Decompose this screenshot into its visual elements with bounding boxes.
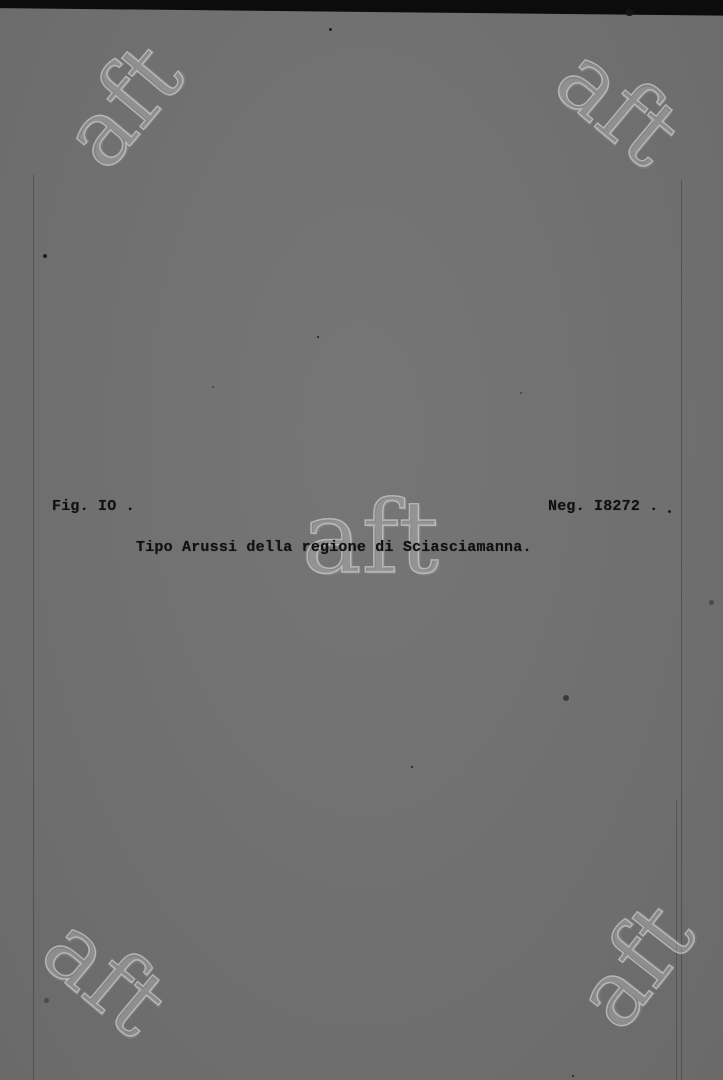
scanned-card: aft aft aft aft aft Fig. IO . Neg. I8272… [0,0,723,1080]
dust-speck [572,1075,574,1077]
dust-speck [212,386,214,388]
dust-speck [709,600,714,605]
figure-number: Fig. IO . [52,498,135,515]
dust-speck [520,392,522,394]
card-left-edge [33,175,34,1080]
dust-speck [44,998,49,1003]
dust-speck [563,695,569,701]
aft-watermark-center: aft [302,488,439,588]
dust-speck [317,336,319,338]
negative-number: Neg. I8272 . [548,498,658,515]
aft-watermark-top-right: aft [540,30,696,181]
aft-watermark-bottom-right: aft [560,888,710,1044]
aft-watermark-bottom-left: aft [27,900,183,1051]
dust-mark [625,9,634,16]
dust-speck [411,766,413,768]
figure-caption: Tipo Arussi della regione di Sciasciaman… [136,539,532,556]
scan-top-border [0,0,723,16]
dust-speck [43,254,47,258]
aft-watermark-top-left: aft [47,28,198,184]
dust-speck [668,510,671,513]
dust-speck [329,28,332,31]
